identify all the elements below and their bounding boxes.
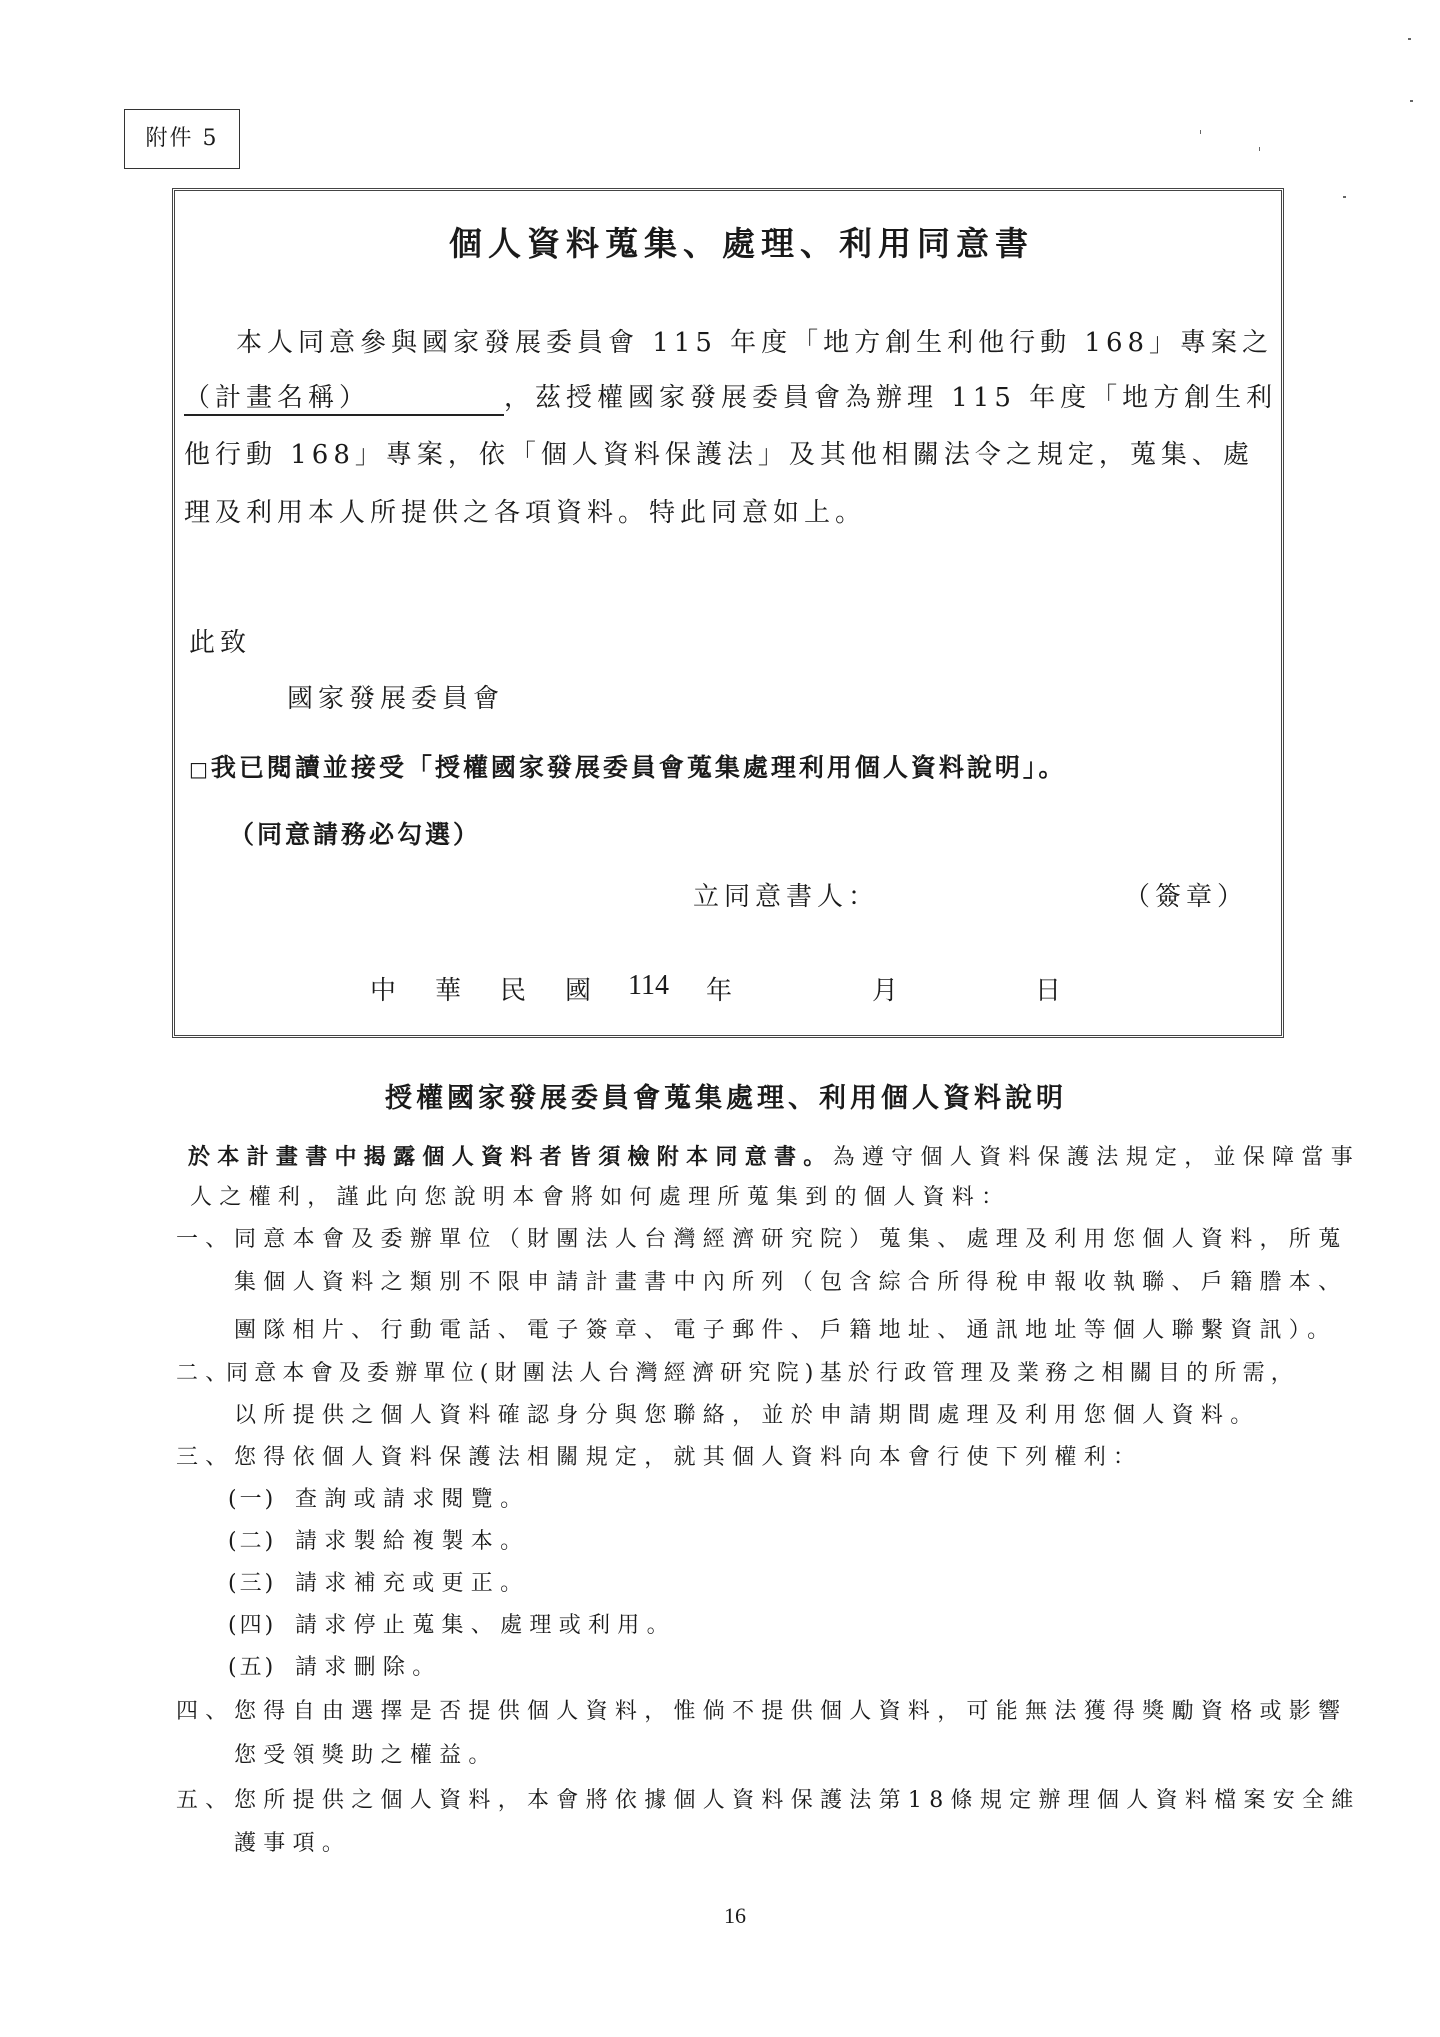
agreement-checkbox-row[interactable]: □我已閱讀並接受「授權國家發展委員會蒐集處理利用個人資料說明」。	[189, 748, 1066, 784]
item-5-marker: 五、	[176, 1783, 235, 1814]
explanation-intro-line-2: 人之權利，謹此向您說明本會將如何處理所蒐集到的個人資料：	[190, 1180, 1010, 1211]
checkbox-icon[interactable]: □	[189, 757, 211, 781]
right-2-text: 請求製給複製本。	[295, 1524, 529, 1555]
scan-speck	[1408, 38, 1411, 40]
plan-name-placeholder: （計畫名稱）	[184, 383, 370, 413]
item-5-line-2: 護事項。	[234, 1826, 351, 1857]
intro-rest-text: 為遵守個人資料保護法規定，並保障當事	[833, 1145, 1360, 1170]
item-5-line-1: 您所提供之個人資料，本會將依據個人資料保護法第18條規定辦理個人資料檔案安全維	[234, 1783, 1361, 1814]
right-1-marker: (一)	[228, 1482, 276, 1513]
right-3-text: 請求補充或更正。	[295, 1566, 529, 1597]
intro-bold-text: 於本計畫書中揭露個人資料者皆須檢附本同意書。	[188, 1144, 833, 1170]
consent-paragraph-line-2-text: ，茲授權國家發展委員會為辦理 115 年度「地方創生利	[504, 383, 1277, 413]
right-4-text: 請求停止蒐集、處理或利用。	[295, 1608, 676, 1639]
scan-speck	[1410, 100, 1413, 102]
scan-speck	[1259, 147, 1260, 151]
right-2-marker: (二)	[228, 1524, 276, 1555]
item-4-line-1: 您得自由選擇是否提供個人資料，惟倘不提供個人資料，可能無法獲得獎勵資格或影響	[234, 1694, 1347, 1725]
item-4-line-2: 您受領獎助之權益。	[234, 1738, 498, 1769]
item-4-marker: 四、	[176, 1694, 235, 1725]
date-day-label: 日	[1035, 970, 1061, 1007]
date-year-label: 年	[706, 970, 732, 1007]
item-1-line-1: 同意本會及委辦單位（財團法人台灣經濟研究院）蒐集、處理及利用您個人資料，所蒐	[234, 1222, 1347, 1253]
consent-paragraph-line-2: （計畫名稱） ，茲授權國家發展委員會為辦理 115 年度「地方創生利	[184, 377, 1277, 416]
signer-label: 立同意書人：	[693, 876, 879, 913]
scan-speck	[1343, 196, 1346, 198]
date-month-label: 月	[872, 970, 898, 1007]
item-2-line-2: 以所提供之個人資料確認身分與您聯絡，並於申請期間處理及利用您個人資料。	[234, 1398, 1260, 1429]
item-1-marker: 一、	[176, 1222, 235, 1253]
item-3-marker: 三、	[176, 1440, 235, 1471]
right-5-marker: (五)	[228, 1650, 276, 1681]
explanation-title: 授權國家發展委員會蒐集處理、利用個人資料說明	[385, 1076, 1067, 1115]
checkbox-required-note: （同意請務必勾選）	[229, 815, 481, 851]
agreement-checkbox-label: 我已閱讀並接受「授權國家發展委員會蒐集處理利用個人資料說明」。	[211, 753, 1067, 782]
salutation: 此致	[189, 622, 251, 659]
page-number: 16	[724, 1903, 746, 1929]
item-1-line-3: 團隊相片、行動電話、電子簽章、電子郵件、戶籍地址、通訊地址等個人聯繫資訊）。	[234, 1313, 1336, 1344]
date-char-2: 華	[435, 970, 461, 1007]
right-5-text: 請求刪除。	[295, 1650, 442, 1681]
recipient: 國家發展委員會	[287, 678, 504, 715]
date-char-1: 中	[370, 970, 396, 1007]
explanation-intro-line-1: 於本計畫書中揭露個人資料者皆須檢附本同意書。為遵守個人資料保護法規定，並保障當事	[188, 1140, 1360, 1171]
consent-paragraph-line-1: 本人同意參與國家發展委員會 115 年度「地方創生利他行動 168」專案之	[236, 322, 1273, 359]
plan-name-field[interactable]: （計畫名稱）	[184, 377, 504, 416]
date-char-3: 民	[500, 970, 526, 1007]
consent-paragraph-line-3: 他行動 168」專案，依「個人資料保護法」及其他相關法令之規定，蒐集、處	[184, 434, 1254, 471]
consent-paragraph-line-4: 理及利用本人所提供之各項資料。特此同意如上。	[184, 492, 866, 529]
right-1-text: 查詢或請求閱覽。	[295, 1482, 529, 1513]
date-char-4: 國	[565, 970, 591, 1007]
right-4-marker: (四)	[228, 1608, 276, 1639]
right-3-marker: (三)	[228, 1566, 276, 1597]
date-year-value[interactable]: 114	[628, 970, 669, 1002]
seal-label: （簽章）	[1124, 876, 1248, 913]
item-2-line-1: 同意本會及委辦單位(財團法人台灣經濟研究院)基於行政管理及業務之相關目的所需，	[226, 1356, 1299, 1387]
attachment-label: 附件 5	[124, 109, 240, 169]
scan-speck	[1200, 130, 1201, 134]
item-3-line-1: 您得依個人資料保護法相關規定，就其個人資料向本會行使下列權利：	[234, 1440, 1142, 1471]
consent-form-title: 個人資料蒐集、處理、利用同意書	[449, 218, 1034, 265]
item-1-line-2: 集個人資料之類別不限申請計畫書中內所列（包含綜合所得稅申報收執聯、戶籍謄本、	[234, 1265, 1347, 1296]
